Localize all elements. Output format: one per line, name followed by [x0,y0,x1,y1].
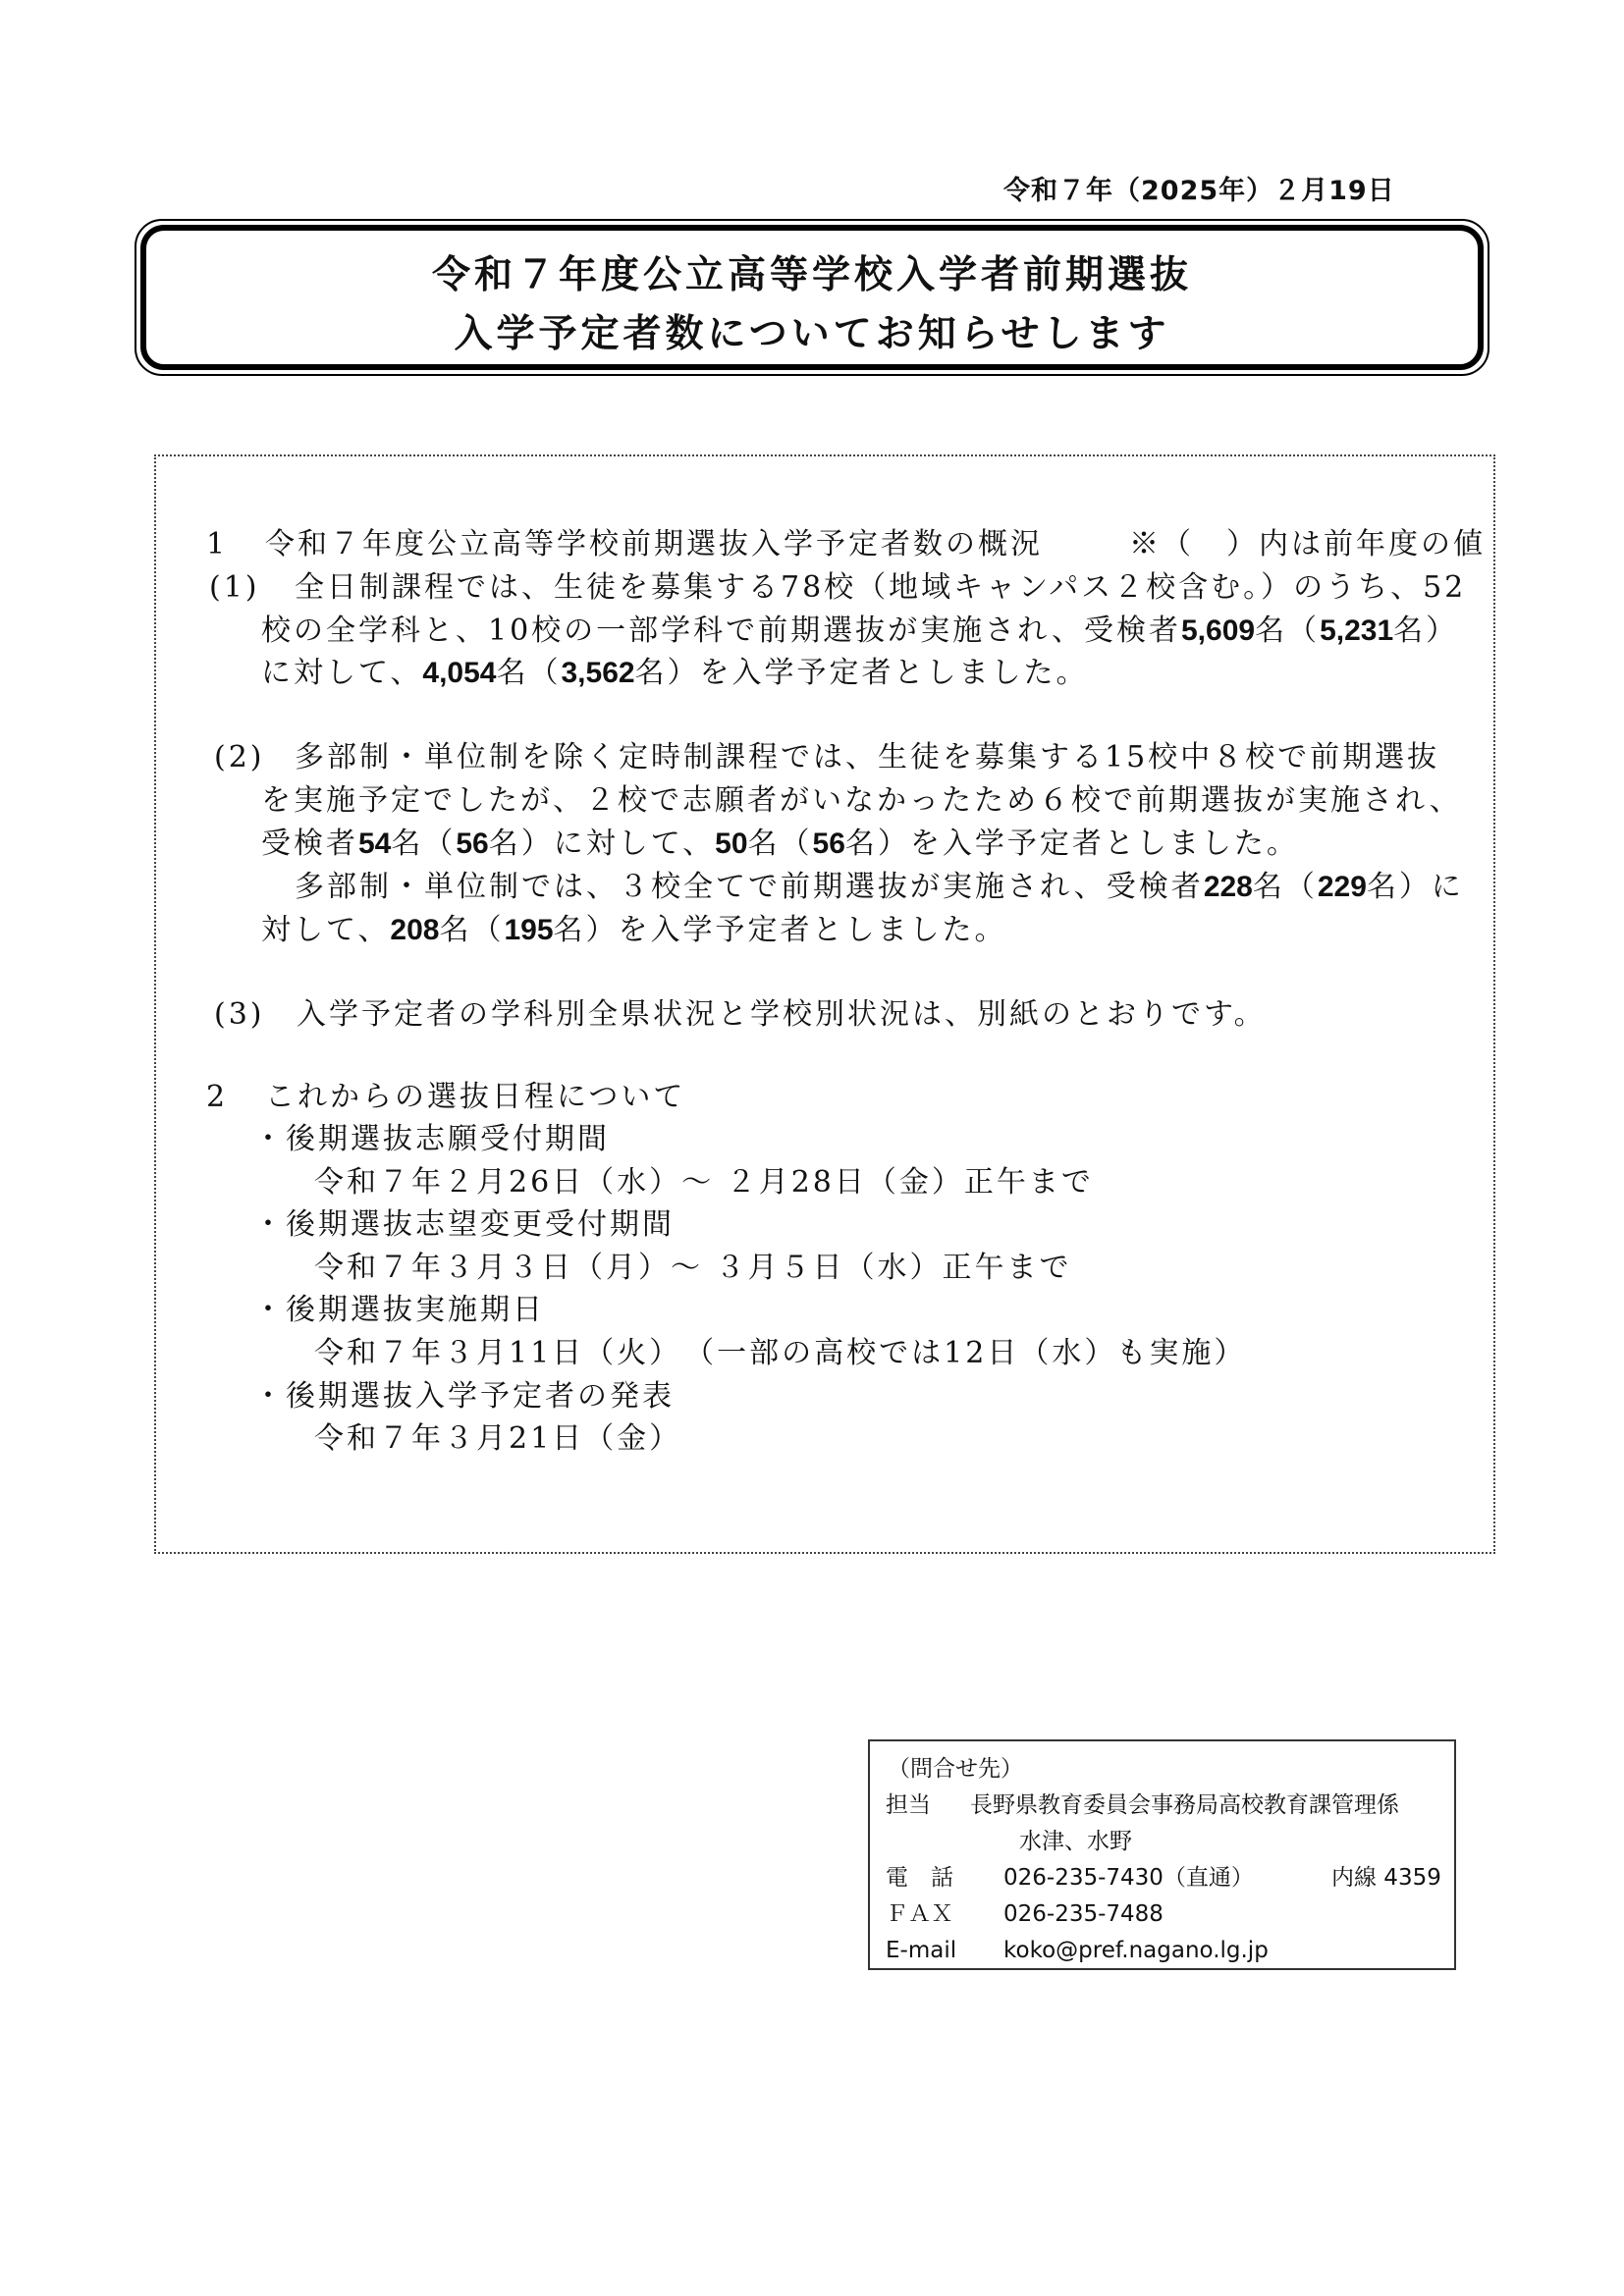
schedule-item-3-label: ・後期選抜実施期日 [253,1289,545,1332]
schedule-item-1-date: 令和７年２月26日（水）～ ２月28日（金）正午まで [314,1161,1094,1204]
contact-phone-row: 電 話 026-235-7430（直通） 内線 4359 [870,1860,1454,1896]
bullet-icon: ・ [253,1293,286,1327]
item3-label: (3) [214,993,265,1037]
item2-line5-b: 名）を入学予定者としました。 [554,913,1007,947]
item1-line2-mid: 名（ [1255,614,1320,648]
bullet-icon: ・ [253,1122,286,1156]
item2-line4: 多部制・単位制では、３校全てで前期選抜が実施され、受検者228名（229名）に [295,866,1464,909]
schedule-label: 後期選抜志望変更受付期間 [286,1207,675,1242]
item1-line3-mid: 名（ [496,656,561,690]
bullet-icon: ・ [253,1379,286,1414]
schedule-item-1-label: ・後期選抜志願受付期間 [253,1118,610,1161]
phone-label: 電 話 [886,1860,953,1896]
schedule-item-2-label: ・後期選抜志望変更受付期間 [253,1203,675,1247]
email-address[interactable]: koko@pref.nagano.lg.jp [1003,1933,1269,1969]
schedule-item-4-label: ・後期選抜入学予定者の発表 [253,1375,675,1418]
multi-admitted: 208 [390,914,439,946]
item1-line3: に対して、4,054名（3,562名）を入学予定者としました。 [261,652,1089,695]
section1-number: 1 [206,523,228,566]
item1-line2-text: 校の全学科と、10校の一部学科で前期選抜が実施され、受検者 [261,614,1181,648]
item1-line3-post: 名）を入学予定者としました。 [635,656,1089,690]
item1-line1: 全日制課程では、生徒を募集する78校（地域キャンパス２校含む。）のうち、52 [295,566,1466,610]
title-line-1: 令和７年度公立高等学校入学者前期選抜 [136,244,1488,299]
admitted-count: 4,054 [422,657,496,689]
parttime-applicants: 54 [358,828,391,860]
bullet-icon: ・ [253,1207,286,1242]
document-date: 令和７年（2025年）２月19日 [1003,169,1395,207]
item1-line2: 校の全学科と、10校の一部学科で前期選抜が実施され、受検者5,609名（5,23… [261,610,1458,653]
multi-admitted-prev: 195 [504,914,553,946]
parttime-applicants-prev: 56 [456,828,488,860]
item2-line4-text: 多部制・単位制では、３校全てで前期選抜が実施され、受検者 [295,870,1204,904]
item2-line2: を実施予定でしたが、２校で志願者がいなかったため６校で前期選抜が実施され、 [261,779,1462,823]
item2-line1: 多部制・単位制を除く定時制課程では、生徒を募集する15校中８校で前期選抜 [295,736,1439,779]
item2-label: (2) [214,736,265,779]
item2-line3-d: 名）を入学予定者としました。 [845,827,1299,861]
item2-line5-text: 対して、 [261,913,390,947]
item2-line4-a: 名（ [1253,870,1318,904]
item2-line4-b: 名）に [1367,870,1464,904]
item2-line3-text: 受検者 [261,827,358,861]
contact-names-row: 水津、水野 [870,1824,1454,1860]
admitted-count-prev: 3,562 [561,657,634,689]
email-label: E-mail [886,1933,956,1969]
parttime-admitted: 50 [715,828,747,860]
item2-line5-a: 名（ [439,913,504,947]
multi-applicants: 228 [1204,871,1253,903]
item2-line3-c: 名（ [748,827,813,861]
item1-line3-text: に対して、 [261,656,422,690]
contact-department: 長野県教育委員会事務局高校教育課管理係 [970,1788,1399,1824]
item2-line5: 対して、208名（195名）を入学予定者としました。 [261,909,1007,952]
multi-applicants-prev: 229 [1318,871,1367,903]
schedule-item-4-date: 令和７年３月21日（金） [314,1417,681,1461]
item1-label: (1) [209,566,260,610]
contact-box: （問合せ先） 担当 長野県教育委員会事務局高校教育課管理係 水津、水野 電 話 … [868,1739,1456,1970]
section2-number: 2 [206,1076,228,1119]
item2-line3: 受検者54名（56名）に対して、50名（56名）を入学予定者としました。 [261,823,1299,866]
schedule-label: 後期選抜志願受付期間 [286,1122,610,1156]
item1-line2-post: 名） [1393,614,1458,648]
section2-heading: これからの選抜日程について [265,1076,685,1119]
fax-number: 026-235-7488 [1003,1896,1164,1933]
applicants-count: 5,609 [1181,614,1255,647]
applicants-count-prev: 5,231 [1320,614,1393,647]
fax-label: ＦＡＸ [886,1896,953,1933]
schedule-label: 後期選抜入学予定者の発表 [286,1379,675,1414]
title-box: 令和７年度公立高等学校入学者前期選抜 入学予定者数についてお知らせします [135,219,1489,376]
contact-fax-row: ＦＡＸ 026-235-7488 [870,1896,1454,1933]
contact-person-label: 担当 [886,1788,931,1824]
contact-names: 水津、水野 [1019,1824,1132,1860]
phone-extension: 内線 4359 [1331,1860,1441,1896]
schedule-label: 後期選抜実施期日 [286,1293,545,1327]
contact-person-row: 担当 長野県教育委員会事務局高校教育課管理係 [870,1788,1454,1824]
item2-line3-a: 名（ [391,827,456,861]
item3-text: 入学予定者の学科別全県状況と学校別状況は、別紙のとおりです。 [297,993,1267,1037]
contact-heading: （問合せ先） [888,1751,1023,1788]
title-line-2: 入学予定者数についてお知らせします [136,303,1488,358]
schedule-item-3-date: 令和７年３月11日（火） （一部の高校では12日（水）も実施） [314,1332,1246,1375]
phone-number: 026-235-7430（直通） [1003,1860,1254,1896]
item2-line3-b: 名）に対して、 [489,827,715,861]
schedule-item-2-date: 令和７年３月３日（月）～ ３月５日（水）正午まで [314,1247,1072,1290]
section1-heading: 令和７年度公立高等学校前期選抜入学予定者数の概況 [265,523,1043,566]
parttime-admitted-prev: 56 [813,828,845,860]
contact-email-row: E-mail koko@pref.nagano.lg.jp [870,1933,1454,1969]
section1-note: ※（ ）内は前年度の値 [1129,523,1486,566]
